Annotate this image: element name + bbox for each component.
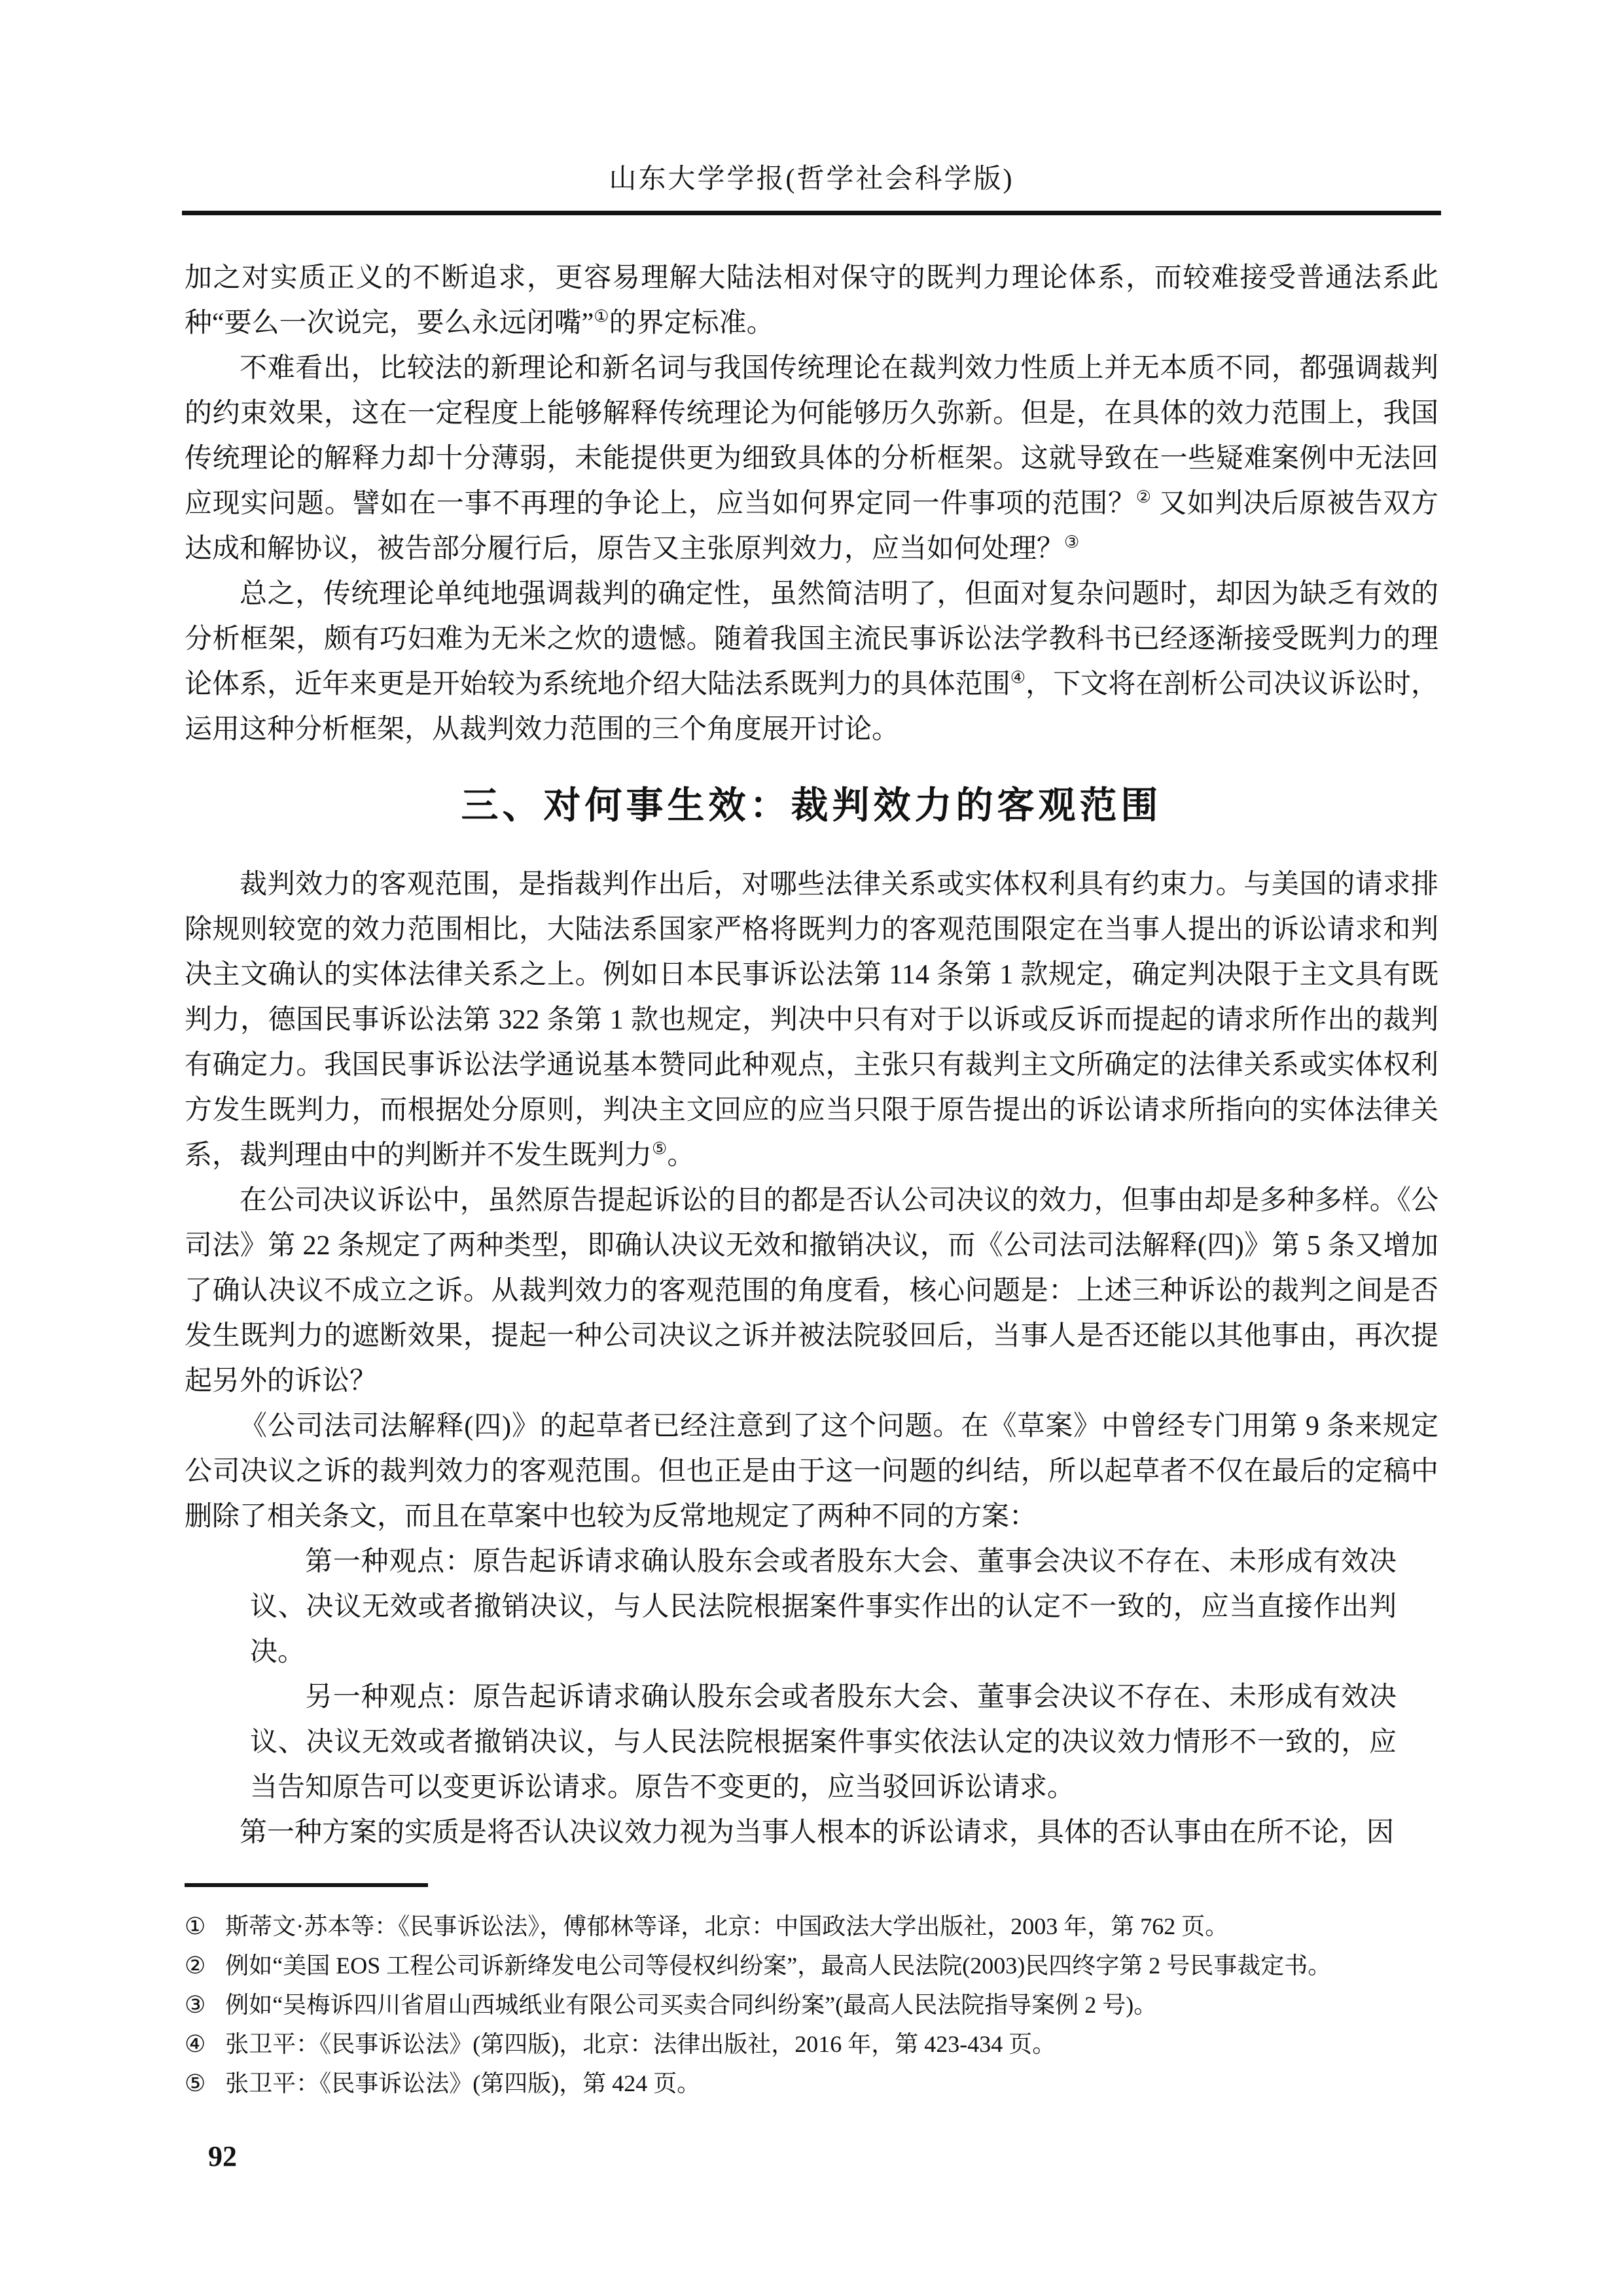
footnote-ref-marker: ④ [1010,668,1026,687]
footnote-item: ③例如“吴梅诉四川省眉山西城纸业有限公司买卖合同纠纷案”(最高人民法院指导案例 … [185,1985,1438,2024]
footnote-ref-marker: ② [1136,487,1152,506]
paragraph: 裁判效力的客观范围，是指裁判作出后，对哪些法律关系或实体权利具有约束力。与美国的… [185,862,1438,1178]
footnote-item: ⑤张卫平：《民事诉讼法》(第四版)，第 424 页。 [185,2064,1438,2103]
footnote-ref-marker: ① [594,307,609,326]
footnote-marker: ④ [185,2024,205,2064]
footnote-item: ②例如“美国 EOS 工程公司诉新绛发电公司等侵权纠纷案”，最高人民法院(200… [185,1946,1438,1985]
footnotes-section: ①斯蒂文·苏本等：《民事诉讼法》，傅郁林等译，北京：中国政法大学出版社，2003… [0,1887,1623,2103]
journal-page: 山东大学学报(哲学社会科学版) 加之对实质正义的不断追求，更容易理解大陆法相对保… [0,0,1623,2296]
page-number: 92 [208,2140,1623,2173]
section-heading: 三、对何事生效：裁判效力的客观范围 [185,783,1438,830]
journal-header-title: 山东大学学报(哲学社会科学版) [0,0,1623,194]
footnote-text: 例如“美国 EOS 工程公司诉新绛发电公司等侵权纠纷案”，最高人民法院(2003… [225,1946,1438,1985]
footnote-item: ①斯蒂文·苏本等：《民事诉讼法》，傅郁林等译，北京：中国政法大学出版社，2003… [185,1907,1438,1946]
paragraph: 在公司决议诉讼中，虽然原告提起诉讼的目的都是否认公司决议的效力，但事由却是多种多… [185,1178,1438,1404]
footnote-marker: ① [185,1907,205,1946]
footnote-marker: ② [185,1946,205,1985]
paragraph: 不难看出，比较法的新理论和新名词与我国传统理论在裁判效力性质上并无本质不同，都强… [185,346,1438,572]
footnote-ref-marker: ⑤ [652,1139,667,1158]
footnote-marker: ⑤ [185,2064,205,2103]
paragraph: 总之，传统理论单纯地强调裁判的确定性，虽然简洁明了，但面对复杂问题时，却因为缺乏… [185,572,1438,752]
footnote-marker: ③ [185,1985,205,2024]
block-quote: 第一种观点：原告起诉请求确认股东会或者股东大会、董事会决议不存在、未形成有效决议… [250,1540,1397,1675]
article-body: 加之对实质正义的不断追求，更容易理解大陆法相对保守的既判力理论体系，而较难接受普… [0,215,1623,1856]
footnote-text: 张卫平：《民事诉讼法》(第四版)，北京：法律出版社，2016 年，第 423-4… [225,2024,1438,2064]
footnote-item: ④张卫平：《民事诉讼法》(第四版)，北京：法律出版社，2016 年，第 423-… [185,2024,1438,2064]
footnote-ref-marker: ③ [1064,533,1079,552]
footnote-text: 斯蒂文·苏本等：《民事诉讼法》，傅郁林等译，北京：中国政法大学出版社，2003 … [225,1907,1438,1946]
paragraph: 加之对实质正义的不断追求，更容易理解大陆法相对保守的既判力理论体系，而较难接受普… [185,256,1438,346]
header-rule [182,211,1441,215]
paragraph: 《公司法司法解释(四)》的起草者已经注意到了这个问题。在《草案》中曾经专门用第 … [185,1404,1438,1540]
block-quote: 另一种观点：原告起诉请求确认股东会或者股东大会、董事会决议不存在、未形成有效决议… [250,1675,1397,1810]
footnote-text: 张卫平：《民事诉讼法》(第四版)，第 424 页。 [225,2064,1438,2103]
paragraph: 第一种方案的实质是将否认决议效力视为当事人根本的诉讼请求，具体的否认事由在所不论… [185,1810,1438,1856]
footnote-text: 例如“吴梅诉四川省眉山西城纸业有限公司买卖合同纠纷案”(最高人民法院指导案例 2… [225,1985,1438,2024]
